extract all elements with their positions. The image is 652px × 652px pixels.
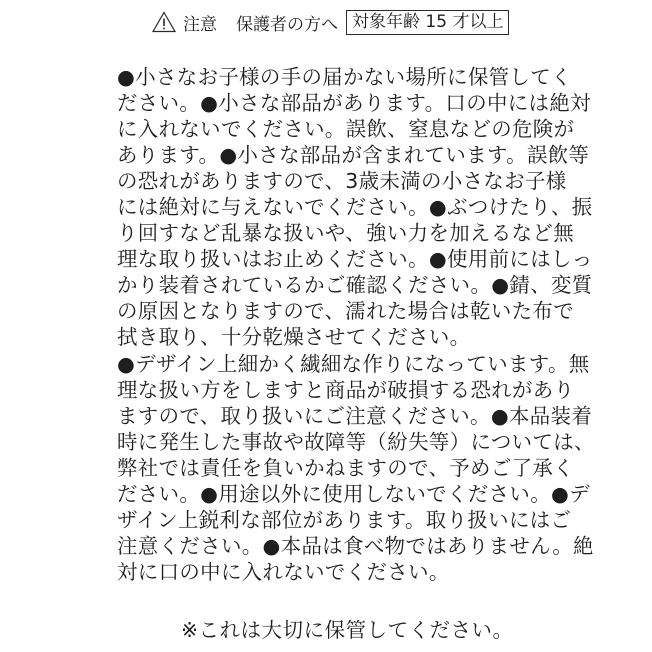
audience-label: 保護者の方へ: [236, 10, 338, 35]
text-line: かり装着されているかご確認ください。●錆、変質: [117, 272, 547, 298]
text-line: ださい。●用途以外に使用しないでください。●デ: [117, 481, 547, 507]
text-line: ザイン上鋭利な部位があります。取り扱いにはご: [117, 507, 547, 533]
text-line: ださい。●小さな部品があります。口の中には絶対: [117, 90, 547, 116]
warning-triangle-icon: [152, 11, 176, 33]
warning-header: 注意 保護者の方へ 対象年齢 15 才以上: [152, 9, 509, 35]
text-line: には絶対に与えないでください。●ぶつけたり、振: [117, 194, 547, 220]
age-rating-badge: 対象年齢 15 才以上: [346, 10, 509, 35]
text-line: ●デザイン上細かく繊細な作りになっています。無: [117, 351, 547, 377]
text-line: 理な取り扱いはお止めください。●使用前にはしっ: [117, 246, 547, 272]
text-line: あります。●小さな部品が含まれています。誤飲等: [117, 142, 547, 168]
warning-body-text: ●小さなお子様の手の届かない場所に保管してく ださい。●小さな部品があります。口…: [117, 64, 547, 585]
text-line: に入れないでください。誤飲、窒息などの危険が: [117, 116, 547, 142]
text-line: 理な扱い方をしますと商品が破損する恐れがあり: [117, 377, 547, 403]
text-line: 注意ください。●本品は食べ物ではありません。絶: [117, 533, 547, 559]
caution-label: 注意: [183, 10, 217, 35]
text-line: ●小さなお子様の手の届かない場所に保管してく: [117, 64, 547, 90]
text-line: り回すなど乱暴な扱いや、強い力を加えるなど無: [117, 220, 547, 246]
text-line: ますので、取り扱いにご注意ください。●本品装着: [117, 403, 547, 429]
text-line: の原因となりますので、濡れた場合は乾いた布で: [117, 298, 547, 324]
text-line: 拭き取り、十分乾燥させてください。: [117, 324, 547, 350]
text-line: 時に発生した事故や故障等（紛失等）については、: [117, 429, 547, 455]
text-line: 対に口の中に入れないでください。: [117, 559, 547, 585]
text-line: 弊社では責任を負いかねますので、予めご了承く: [117, 455, 547, 481]
text-line: の恐れがありますので、3歳未満の小さなお子様: [117, 168, 547, 194]
storage-note: ※これは大切に保管してください。: [181, 617, 514, 643]
